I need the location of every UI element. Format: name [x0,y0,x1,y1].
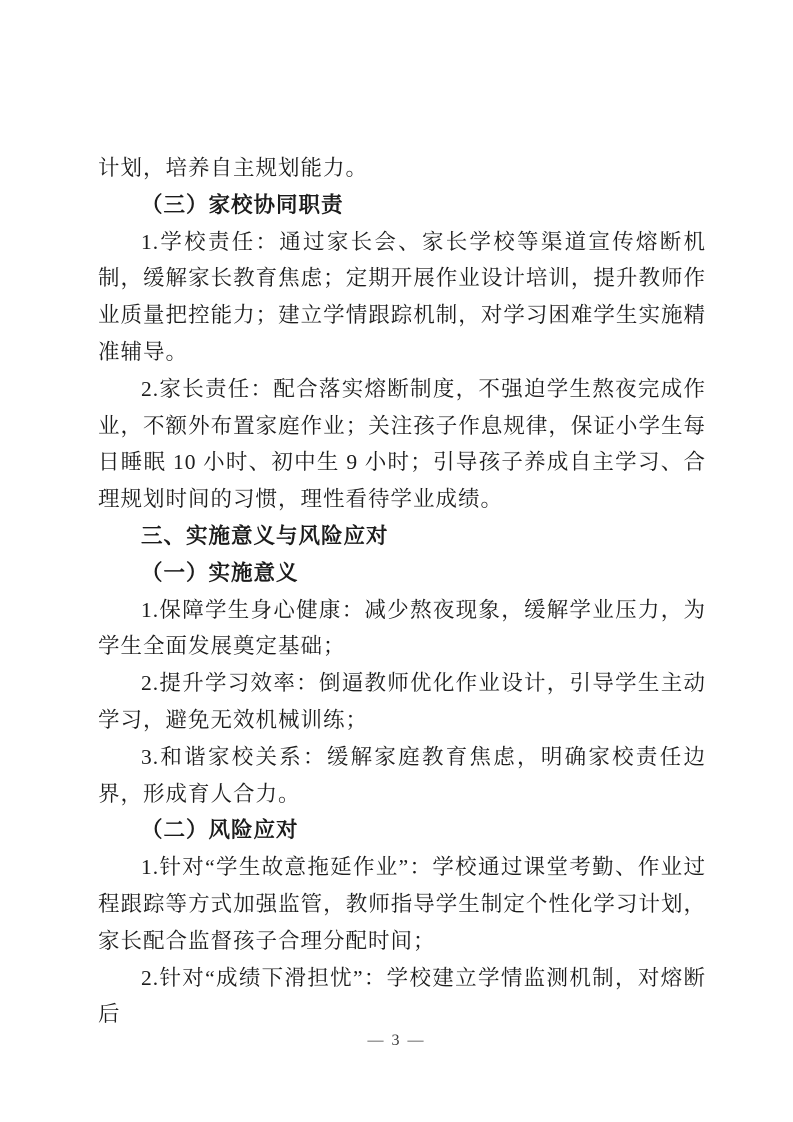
paragraph-learning-efficiency: 2.提升学习效率：倒逼教师优化作业设计，引导学生主动学习，避免无效机械训练； [98,665,706,739]
section-heading-meaning-and-risk: 三、实施意义与风险应对 [98,518,706,555]
section-heading-risk-response: （二）风险应对 [98,812,706,849]
document-page: 计划，培养自主规划能力。 （三）家校协同职责 1.学校责任：通过家长会、家长学校… [98,150,706,1033]
paragraph-parent-responsibility: 2.家长责任：配合落实熔断制度，不强迫学生熬夜完成作业，不额外布置家庭作业；关注… [98,371,706,518]
page-number: — 3 — [0,1032,793,1050]
paragraph-health-protection: 1.保障学生身心健康：减少熬夜现象，缓解学业压力，为学生全面发展奠定基础； [98,592,706,666]
paragraph-home-school-harmony: 3.和谐家校关系：缓解家庭教育焦虑，明确家校责任边界，形成育人合力。 [98,739,706,813]
paragraph-school-responsibility: 1.学校责任：通过家长会、家长学校等渠道宣传熔断机制，缓解家长教育焦虑；定期开展… [98,224,706,371]
paragraph-continuation: 计划，培养自主规划能力。 [98,150,706,187]
section-heading-home-school-duties: （三）家校协同职责 [98,187,706,224]
section-heading-implementation-meaning: （一）实施意义 [98,555,706,592]
paragraph-risk-procrastination: 1.针对“学生故意拖延作业”：学校通过课堂考勤、作业过程跟踪等方式加强监管，教师… [98,849,706,959]
paragraph-risk-grade-concern: 2.针对“成绩下滑担忧”：学校建立学情监测机制，对熔断后 [98,960,706,1034]
